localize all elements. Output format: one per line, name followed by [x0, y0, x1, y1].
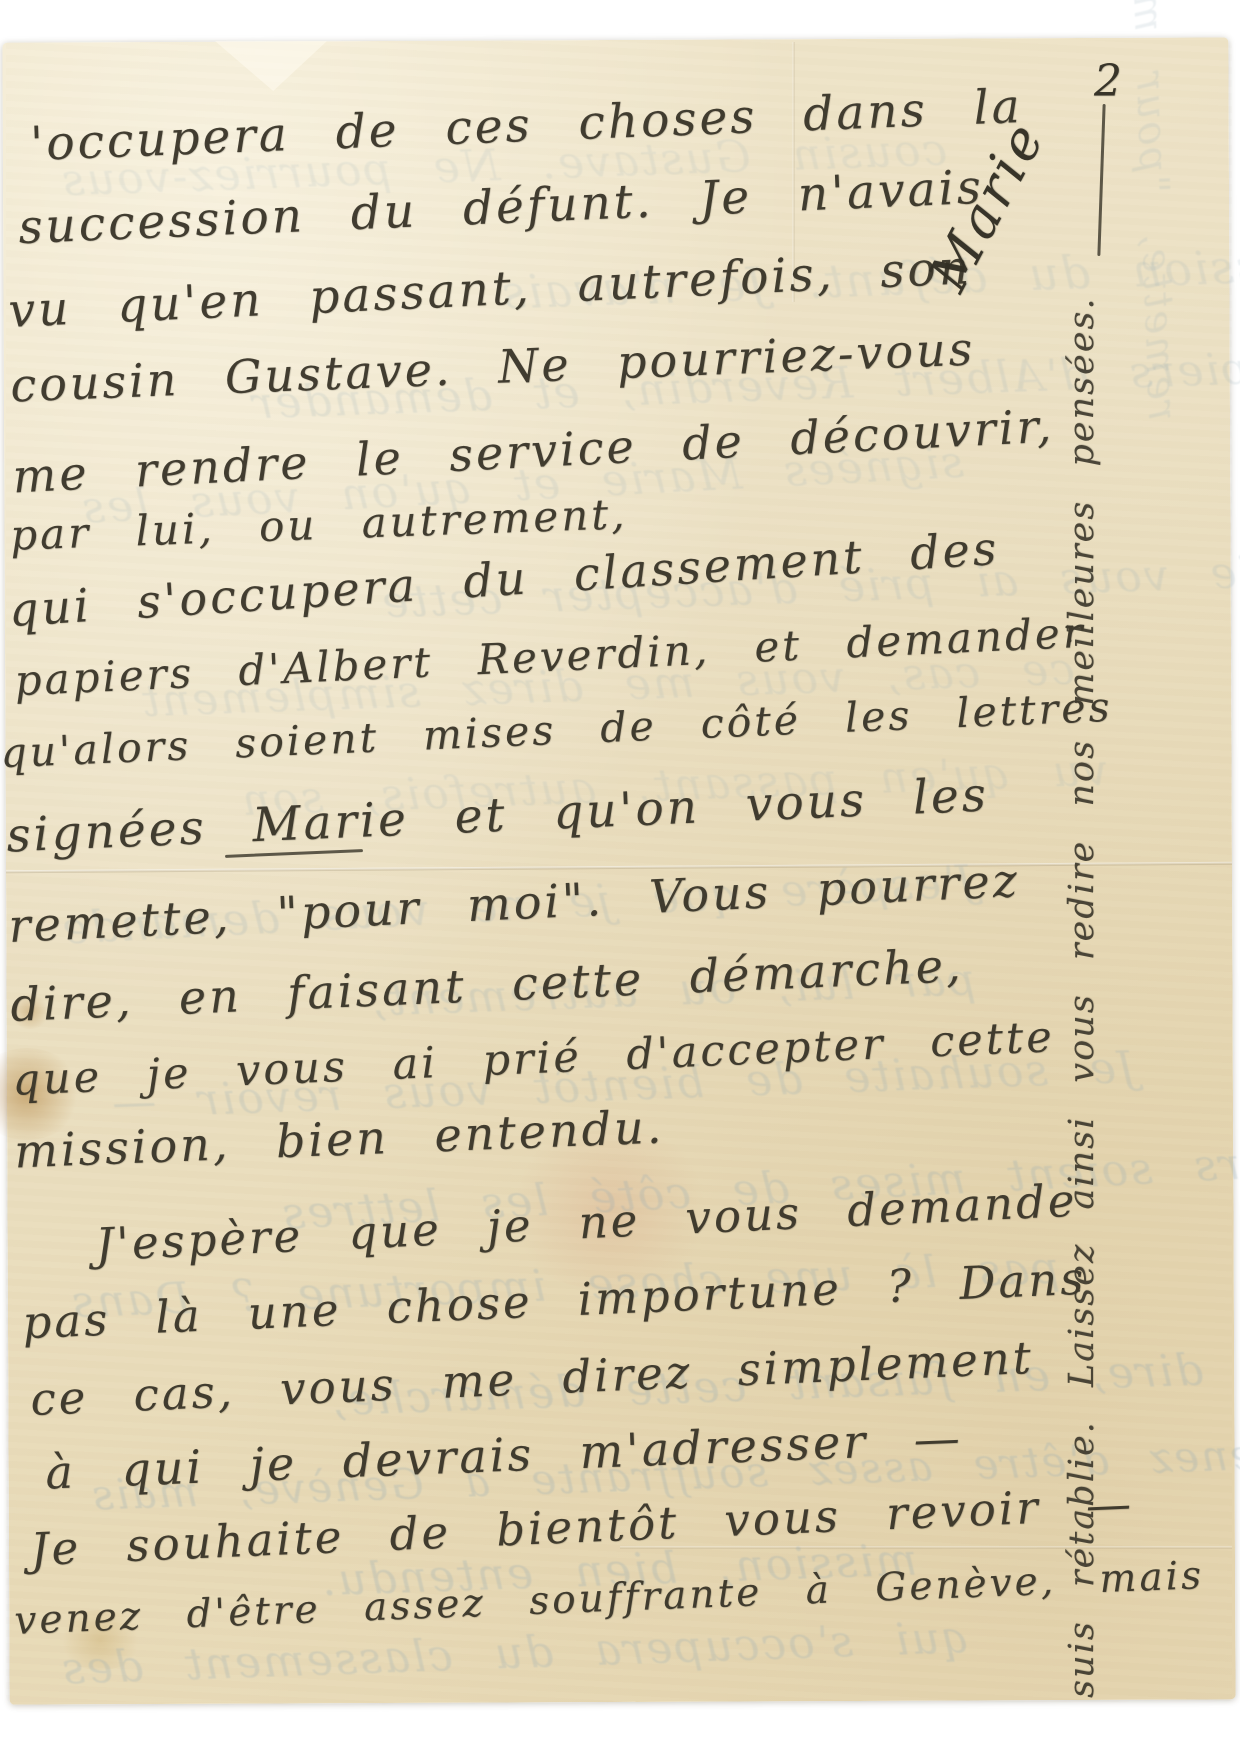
- page-number: 2: [1094, 56, 1122, 107]
- margin-note: suis rétablie. Laissez ainsi vous redire…: [1062, 297, 1102, 1699]
- scanned-letter-page: cousin Gustave. Ne pourriez-vous success…: [0, 0, 1240, 1754]
